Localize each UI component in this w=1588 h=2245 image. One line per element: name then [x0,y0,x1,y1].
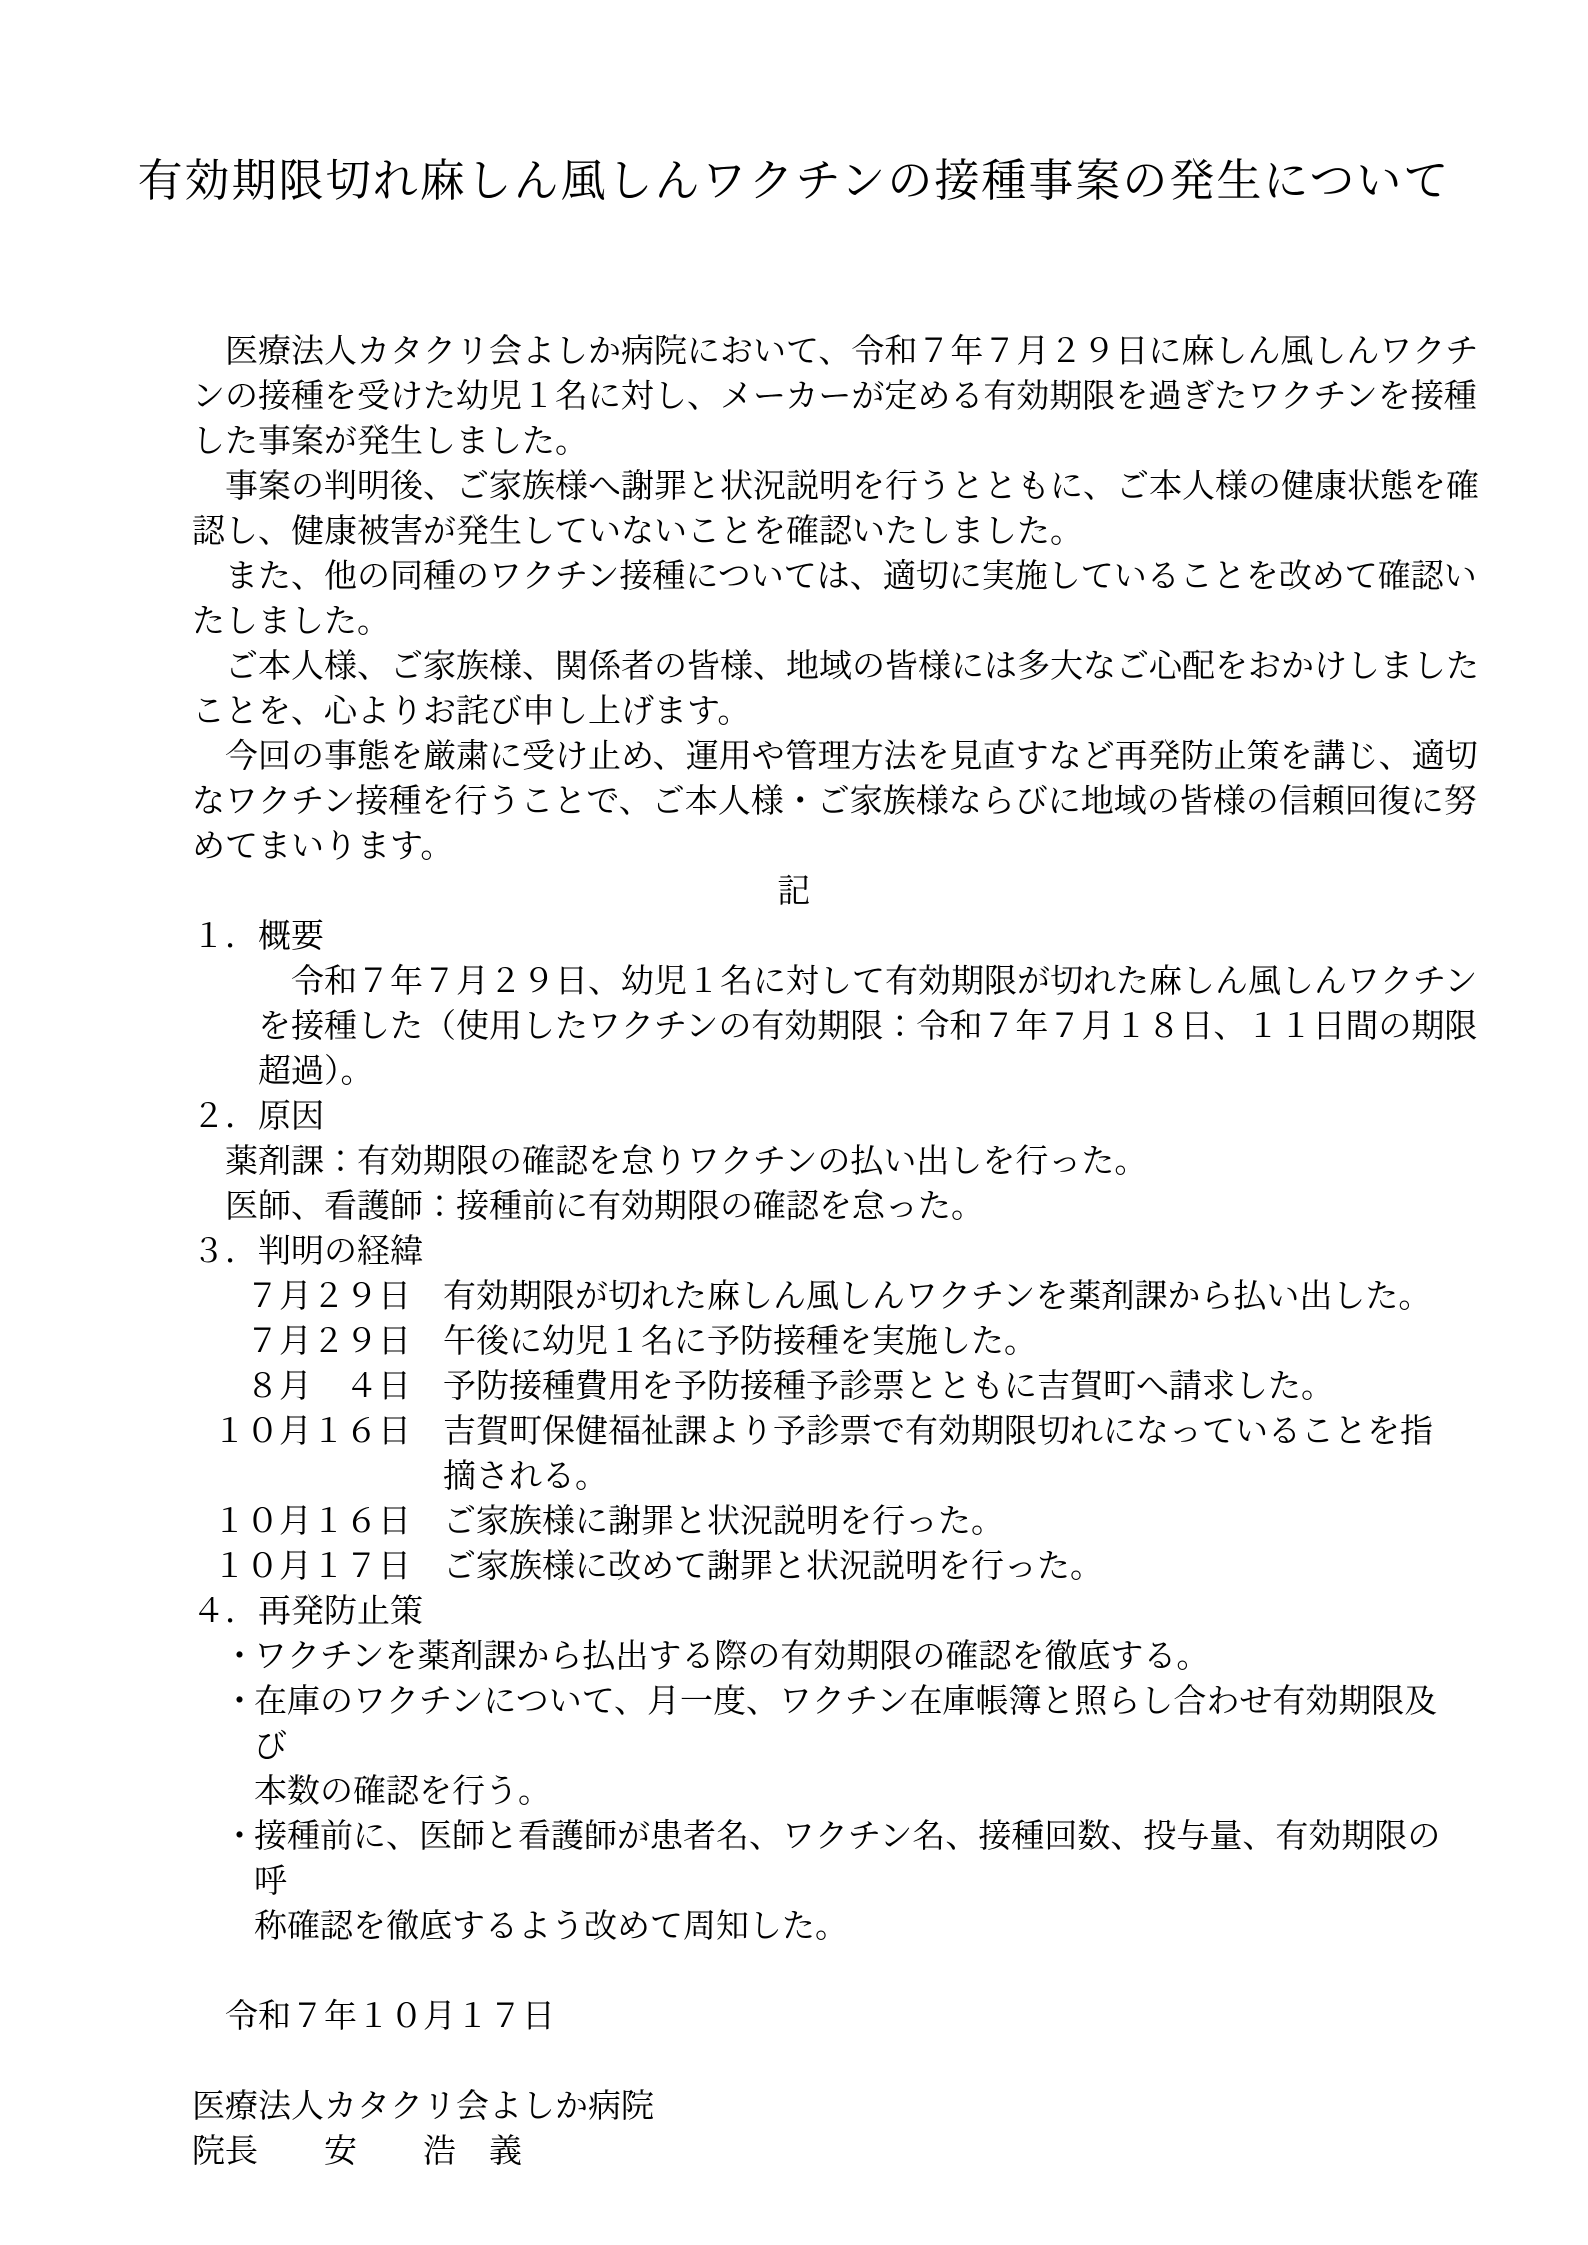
bullet-marker: ・ [223,1815,254,1950]
intro-paragraph-4: ご本人様、ご家族様、関係者の皆様、地域の皆様には多大なご心配をおかけしました こ… [192,645,1482,735]
blank-line [192,2040,1482,2085]
timeline-desc: 吉賀町保健福祉課より予診票で有効期限切れになっていることを指 摘される。 [443,1410,1458,1500]
timeline-desc: 有効期限が切れた麻しん風しんワクチンを薬剤課から払い出した。 [443,1275,1458,1320]
intro-paragraph-5: 今回の事態を厳粛に受け止め、運用や管理方法を見直すなど再発防止策を講じ、適切 な… [192,735,1482,870]
intro-paragraph-2: 事案の判明後、ご家族様へ謝罪と状況説明を行うとともに、ご本人様の健康状態を確 認… [192,465,1482,555]
timeline-date: ８月 ４日 [192,1365,411,1410]
timeline-row: ７月２９日 有効期限が切れた麻しん風しんワクチンを薬剤課から払い出した。 [192,1275,1482,1320]
bullet-marker: ・ [223,1635,254,1680]
timeline-row: ７月２９日 午後に幼児１名に予防接種を実施した。 [192,1320,1482,1365]
timeline-date: ７月２９日 [192,1320,411,1365]
bullet-item: ・ 接種前に、医師と看護師が患者名、ワクチン名、接種回数、投与量、有効期限の呼 … [223,1815,1482,1950]
intro-paragraph-1: 医療法人カタクリ会よしか病院において、令和７年７月２９日に麻しん風しんワクチ ン… [192,330,1482,465]
intro-paragraph-3: また、他の同種のワクチン接種については、適切に実施していることを改めて確認い た… [192,555,1482,645]
note-marker: 記 [192,870,1396,915]
signature-org: 医療法人カタクリ会よしか病院 [192,2085,1482,2130]
timeline-date: １０月１７日 [192,1545,411,1590]
timeline-desc: ご家族様に謝罪と状況説明を行った。 [443,1500,1458,1545]
timeline-desc: ご家族様に改めて謝罪と状況説明を行った。 [443,1545,1458,1590]
cause-line-pharmacy: 薬剤課：有効期限の確認を怠りワクチンの払い出しを行った。 [192,1140,1482,1185]
blank-line [192,1950,1482,1995]
bullet-item: ・ 在庫のワクチンについて、月一度、ワクチン在庫帳簿と照らし合わせ有効期限及び … [223,1680,1482,1815]
timeline-row: １０月１７日 ご家族様に改めて謝罪と状況説明を行った。 [192,1545,1482,1590]
document-page: 有効期限切れ麻しん風しんワクチンの接種事案の発生について 医療法人カタクリ会よし… [0,0,1588,2245]
cause-line-doctor-nurse: 医師、看護師：接種前に有効期限の確認を怠った。 [192,1185,1482,1230]
section-1-heading: １．概要 [192,915,1482,960]
section-1-body: 令和７年７月２９日、幼児１名に対して有効期限が切れた麻しん風しんワクチン を接種… [192,960,1482,1095]
section-3-heading: ３．判明の経緯 [192,1230,1482,1275]
bullet-text: 接種前に、医師と看護師が患者名、ワクチン名、接種回数、投与量、有効期限の呼 称確… [254,1815,1449,1950]
bullet-marker: ・ [223,1680,254,1815]
bullet-text: 在庫のワクチンについて、月一度、ワクチン在庫帳簿と照らし合わせ有効期限及び 本数… [254,1680,1449,1815]
issued-date: 令和７年１０月１７日 [192,1995,1482,2040]
timeline-row: １０月１６日 吉賀町保健福祉課より予診票で有効期限切れになっていることを指 摘さ… [192,1410,1482,1500]
timeline-row: ８月 ４日 予防接種費用を予防接種予診票とともに吉賀町へ請求した。 [192,1365,1482,1410]
timeline-row: １０月１６日 ご家族様に謝罪と状況説明を行った。 [192,1500,1482,1545]
section-2-heading: ２．原因 [192,1095,1482,1140]
timeline-desc: 予防接種費用を予防接種予診票とともに吉賀町へ請求した。 [443,1365,1458,1410]
bullet-text: ワクチンを薬剤課から払出する際の有効期限の確認を徹底する。 [254,1635,1449,1680]
document-title: 有効期限切れ麻しん風しんワクチンの接種事案の発生について [0,0,1588,212]
section-4-heading: ４．再発防止策 [192,1590,1482,1635]
timeline-date: １０月１６日 [192,1410,411,1500]
document-body: 医療法人カタクリ会よしか病院において、令和７年７月２９日に麻しん風しんワクチ ン… [192,212,1482,2175]
timeline-desc: 午後に幼児１名に予防接種を実施した。 [443,1320,1458,1365]
bullet-item: ・ ワクチンを薬剤課から払出する際の有効期限の確認を徹底する。 [223,1635,1482,1680]
signature-name: 院長 安 浩 義 [192,2130,1482,2175]
timeline-date: １０月１６日 [192,1500,411,1545]
timeline-date: ７月２９日 [192,1275,411,1320]
